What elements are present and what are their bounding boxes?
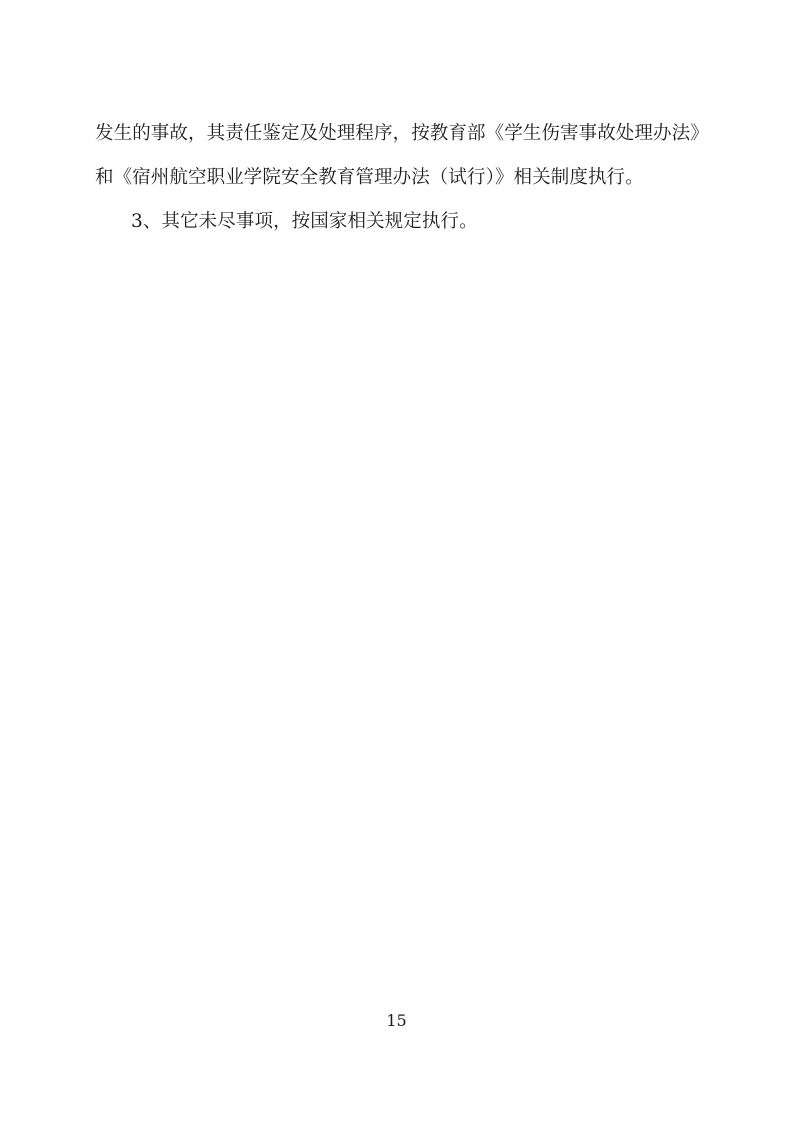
page-footer: 15 — [0, 1010, 793, 1032]
paragraph-text-line: 3、其它未尽事项，按国家相关规定执行。 — [95, 200, 709, 244]
page-number: 15 — [386, 1011, 406, 1030]
document-body: 发生的事故，其责任鉴定及处理程序，按教育部《学生伤害事故处理办法》 和《宿州航空… — [95, 112, 709, 244]
paragraph: 3、其它未尽事项，按国家相关规定执行。 — [95, 200, 709, 244]
paragraph-text-line: 和《宿州航空职业学院安全教育管理办法（试行）》相关制度执行。 — [95, 156, 709, 200]
paragraph-text-line: 发生的事故，其责任鉴定及处理程序，按教育部《学生伤害事故处理办法》 — [95, 112, 709, 156]
paragraph: 发生的事故，其责任鉴定及处理程序，按教育部《学生伤害事故处理办法》 和《宿州航空… — [95, 112, 709, 200]
document-page: 发生的事故，其责任鉴定及处理程序，按教育部《学生伤害事故处理办法》 和《宿州航空… — [0, 0, 793, 1122]
